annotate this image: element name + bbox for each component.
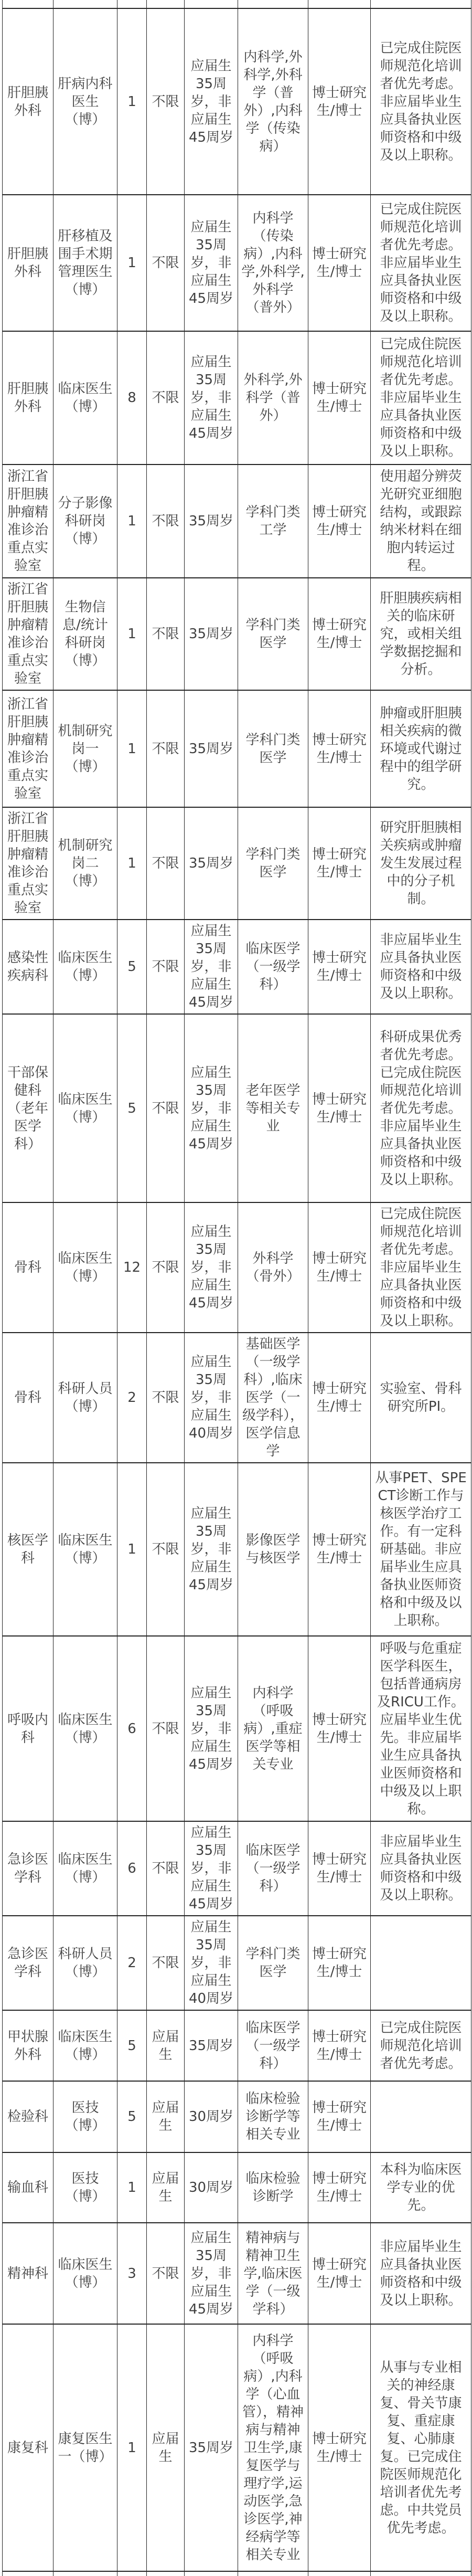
cell-other bbox=[371, 2081, 471, 2152]
cell-age_limit: 35周岁 bbox=[185, 578, 238, 690]
cell-position: 肝移植及围手术期管理医生（博） bbox=[53, 195, 117, 331]
cell-department: 骨科 bbox=[3, 1202, 53, 1333]
cell-degree: 博士研究生/博士 bbox=[308, 690, 371, 807]
cell-age_limit: 应届生35周岁，非应届生45周岁 bbox=[185, 1463, 238, 1636]
cell-position: 机制研究岗一（博） bbox=[53, 690, 117, 807]
cell-degree: 博士研究生/博士 bbox=[308, 1821, 371, 1916]
cell-candidate_type: 不限 bbox=[147, 578, 185, 690]
cell-age_limit: 30周岁 bbox=[185, 2081, 238, 2152]
cell-department: 浙江省肝胆胰肿瘤精准诊治重点实验室 bbox=[3, 578, 53, 690]
cell-other: 从事PET、SPECT诊断工作与核医学治疗工作。有一定科研基础。非应届毕业生应具… bbox=[371, 1463, 471, 1636]
cell-age_limit bbox=[185, 2571, 238, 2576]
cell-candidate_type: 不限 bbox=[147, 807, 185, 920]
cell-position: 临床医生（博） bbox=[53, 920, 117, 1014]
cell-other: 使用超分辨荧光研究亚细胞结构，或跟踪纳米材料在细胞内转运过程。 bbox=[371, 464, 471, 578]
cell-headcount: 1 bbox=[117, 464, 147, 578]
cell-degree: 博士研究生/博士 bbox=[308, 2010, 371, 2081]
cell-major: 学科门类医学 bbox=[238, 1916, 308, 2010]
cell-position: 科研人员（博） bbox=[53, 1916, 117, 2010]
cell-department: 甲状腺外科 bbox=[3, 2010, 53, 2081]
cell-degree: 博士研究生/博士 bbox=[308, 8, 371, 195]
cell-degree: 博士研究生/博士 bbox=[308, 807, 371, 920]
cell-position: 生物信息/统计科研岗（博） bbox=[53, 578, 117, 690]
cell-department: 急诊医学科 bbox=[3, 1916, 53, 2010]
cell-major: 外科学,外科学（普外） bbox=[238, 331, 308, 464]
cell-department bbox=[3, 0, 53, 8]
cell-major: 学科门类医学 bbox=[238, 690, 308, 807]
cell-other: 科研成果优秀者优先考虑。已完成住院医师规范化培训者优先考虑。非应届毕业生应具备执… bbox=[371, 1014, 471, 1202]
cell-other: 已完成住院医师规范化培训者优先考虑。非应届毕业生应具备执业医师资格和中级及以上职… bbox=[371, 331, 471, 464]
cell-age_limit: 应届生35周岁，非应届生45周岁 bbox=[185, 195, 238, 331]
cell-headcount: 1 bbox=[117, 807, 147, 920]
cell-major bbox=[238, 0, 308, 8]
table-row: 肝胆胰外科临床医生（博）8不限应届生35周岁，非应届生45周岁外科学,外科学（普… bbox=[3, 331, 471, 464]
cell-candidate_type: 不限 bbox=[147, 1202, 185, 1333]
table-row: 干部保健科（老年医学科）临床医生（博）5不限应届生35周岁，非应届生45周岁老年… bbox=[3, 1014, 471, 1202]
cell-age_limit: 应届生35周岁，非应届生40周岁 bbox=[185, 1333, 238, 1463]
cell-major: 精神病与精神卫生学,临床医学（一级学科） bbox=[238, 2223, 308, 2324]
cell-degree: 博士研究生/博士 bbox=[308, 1202, 371, 1333]
cell-age_limit: 应届生35周岁，非应届生40周岁 bbox=[185, 1916, 238, 2010]
table-row: 急诊医学科临床医生（博）6不限应届生35周岁，非应届生45周岁临床医学（一级学科… bbox=[3, 1821, 471, 1916]
cell-headcount: 5 bbox=[117, 2010, 147, 2081]
table-row: 感染性疾病科临床医生（博）5不限应届生35周岁，非应届生45周岁临床医学（一级学… bbox=[3, 920, 471, 1014]
cell-other: 非应届毕业生应具备执业医师资格和中级及以上职称。 bbox=[371, 920, 471, 1014]
cell-headcount: 5 bbox=[117, 2081, 147, 2152]
cell-department: 输血科 bbox=[3, 2152, 53, 2223]
cell-department: 康复科 bbox=[3, 2324, 53, 2571]
cell-candidate_type: 应届生 bbox=[147, 2152, 185, 2223]
cell-department: 检验科 bbox=[3, 2081, 53, 2152]
cell-major: 临床检验诊断学等相关专业 bbox=[238, 2081, 308, 2152]
cell-major: 外科学（骨外） bbox=[238, 1202, 308, 1333]
cell-candidate_type: 应届生 bbox=[147, 2324, 185, 2571]
cell-age_limit: 应届生35周岁，非应届生45周岁 bbox=[185, 8, 238, 195]
cell-headcount: 1 bbox=[117, 2152, 147, 2223]
cell-degree: 博士研究生/博士 bbox=[308, 1916, 371, 2010]
cell-position: 临床医生（博） bbox=[53, 1636, 117, 1821]
cell-major: 基础医学（一级学科）,临床医学（一级学科），医学信息学 bbox=[238, 1333, 308, 1463]
cell-headcount: 1 bbox=[117, 578, 147, 690]
cell-other: 研究肝胆胰相关疾病或肿瘤发生发展过程中的分子机制。 bbox=[371, 807, 471, 920]
cell-department: 骨科 bbox=[3, 1333, 53, 1463]
cell-headcount: 5 bbox=[117, 1014, 147, 1202]
cell-position: 临床医生（博） bbox=[53, 1463, 117, 1636]
cell-degree: 博士研究生/博士 bbox=[308, 195, 371, 331]
cell-department: 急诊医学科 bbox=[3, 1821, 53, 1916]
cell-department: 肝胆胰外科 bbox=[3, 195, 53, 331]
cell-major: 临床医学（一级学科） bbox=[238, 2010, 308, 2081]
table-row: 骨科科研人员（博）2不限应届生35周岁，非应届生40周岁基础医学（一级学科）,临… bbox=[3, 1333, 471, 1463]
cell-other: 肝胆胰疾病相关的临床研究，或相关组学数据挖掘和分析。 bbox=[371, 578, 471, 690]
cell-department: 肝胆胰外科 bbox=[3, 8, 53, 195]
cell-candidate_type: 不限 bbox=[147, 1014, 185, 1202]
cell-department: 浙江省肝胆胰肿瘤精准诊治重点实验室 bbox=[3, 690, 53, 807]
cell-position bbox=[53, 2571, 117, 2576]
table-row: 急诊医学科科研人员（博）2不限应届生35周岁，非应届生40周岁学科门类医学博士研… bbox=[3, 1916, 471, 2010]
cell-headcount: 2 bbox=[117, 1333, 147, 1463]
table-row: 肝胆胰外科肝移植及围手术期管理医生（博）1不限应届生35周岁，非应届生45周岁内… bbox=[3, 195, 471, 331]
table-row: 甲状腺外科临床医生（博）5应届生35周岁临床医学（一级学科）博士研究生/博士已完… bbox=[3, 2010, 471, 2081]
cell-position: 临床医生（博） bbox=[53, 1014, 117, 1202]
cell-degree: 博士研究生/博士 bbox=[308, 920, 371, 1014]
table-row-sliver bbox=[3, 2571, 471, 2576]
cell-degree bbox=[308, 2571, 371, 2576]
cell-major: 临床医学（一级学科） bbox=[238, 1821, 308, 1916]
cell-candidate_type: 不限 bbox=[147, 1333, 185, 1463]
cell-headcount bbox=[117, 0, 147, 8]
cell-headcount: 8 bbox=[117, 331, 147, 464]
cell-degree: 博士研究生/博士 bbox=[308, 2324, 371, 2571]
cell-other: 实验室、骨科研究所PI。 bbox=[371, 1333, 471, 1463]
cell-degree: 博士研究生/博士 bbox=[308, 2152, 371, 2223]
cell-major: 老年医学等相关专业 bbox=[238, 1014, 308, 1202]
cell-candidate_type: 应届生 bbox=[147, 2081, 185, 2152]
cell-major bbox=[238, 2571, 308, 2576]
cell-age_limit: 35周岁 bbox=[185, 2010, 238, 2081]
cell-other: 已完成住院医师规范化培训者优先考虑。非应届毕业生应具备执业医师资格和中级及以上职… bbox=[371, 195, 471, 331]
cell-other: 已完成住院医师规范化培训者优先考虑。非应届毕业生应具备执业医师资格和中级及以上职… bbox=[371, 8, 471, 195]
cell-major: 临床医学（一级学科） bbox=[238, 920, 308, 1014]
cell-position: 医技（博） bbox=[53, 2081, 117, 2152]
cell-other: 本科为临床医学专业的优先。 bbox=[371, 2152, 471, 2223]
cell-age_limit: 35周岁 bbox=[185, 807, 238, 920]
cell-degree: 博士研究生/博士 bbox=[308, 1333, 371, 1463]
cell-major: 内科学（传染病）,内科学,外科学,外科学（普外） bbox=[238, 195, 308, 331]
cell-major: 学科门类医学 bbox=[238, 578, 308, 690]
cell-age_limit: 应届生35周岁，非应届生45周岁 bbox=[185, 331, 238, 464]
cell-headcount: 1 bbox=[117, 8, 147, 195]
cell-department: 浙江省肝胆胰肿瘤精准诊治重点实验室 bbox=[3, 464, 53, 578]
cell-other: 肿瘤或肝胆胰相关疾病的微环境或代谢过程中的组学研究。 bbox=[371, 690, 471, 807]
cell-headcount: 2 bbox=[117, 1916, 147, 2010]
cell-other: 非应届毕业生应具备执业医师资格和中级及以上职称。 bbox=[371, 2223, 471, 2324]
cell-headcount: 6 bbox=[117, 1636, 147, 1821]
table-row-cut bbox=[3, 0, 471, 8]
cell-candidate_type: 不限 bbox=[147, 195, 185, 331]
cell-position: 机制研究岗二（博） bbox=[53, 807, 117, 920]
cell-candidate_type: 不限 bbox=[147, 1916, 185, 2010]
cell-other: 呼吸与危重症医学科医生，包括普通病房及RICU工作。应届毕业生优先。非应届毕业生… bbox=[371, 1636, 471, 1821]
cell-degree: 博士研究生/博士 bbox=[308, 2223, 371, 2324]
cell-candidate_type: 不限 bbox=[147, 690, 185, 807]
cell-degree bbox=[308, 0, 371, 8]
cell-degree: 博士研究生/博士 bbox=[308, 331, 371, 464]
cell-candidate_type: 不限 bbox=[147, 1821, 185, 1916]
cell-candidate_type: 不限 bbox=[147, 2223, 185, 2324]
cell-degree: 博士研究生/博士 bbox=[308, 1463, 371, 1636]
cell-position: 分子影像科研岗（博） bbox=[53, 464, 117, 578]
cell-position: 科研人员（博） bbox=[53, 1333, 117, 1463]
cell-major: 学科门类医学 bbox=[238, 807, 308, 920]
cell-department: 浙江省肝胆胰肿瘤精准诊治重点实验室 bbox=[3, 807, 53, 920]
cell-major: 影像医学与核医学 bbox=[238, 1463, 308, 1636]
cell-position: 肝病内科医生（博） bbox=[53, 8, 117, 195]
cell-candidate_type bbox=[147, 0, 185, 8]
table-row: 骨科临床医生（博）12不限应届生35周岁，非应届生45周岁外科学（骨外）博士研究… bbox=[3, 1202, 471, 1333]
cell-degree: 博士研究生/博士 bbox=[308, 464, 371, 578]
cell-degree: 博士研究生/博士 bbox=[308, 1014, 371, 1202]
cell-age_limit: 应届生35周岁，非应届生45周岁 bbox=[185, 1821, 238, 1916]
cell-degree: 博士研究生/博士 bbox=[308, 578, 371, 690]
cell-candidate_type: 不限 bbox=[147, 8, 185, 195]
cell-age_limit: 35周岁 bbox=[185, 2324, 238, 2571]
cell-age_limit: 应届生35周岁，非应届生45周岁 bbox=[185, 2223, 238, 2324]
cell-other: 非应届毕业生应具备执业医师资格和中级及以上职称。 bbox=[371, 1821, 471, 1916]
cell-degree: 博士研究生/博士 bbox=[308, 2081, 371, 2152]
table-row: 浙江省肝胆胰肿瘤精准诊治重点实验室机制研究岗一（博）1不限35周岁学科门类医学博… bbox=[3, 690, 471, 807]
cell-department: 感染性疾病科 bbox=[3, 920, 53, 1014]
cell-department: 呼吸内科 bbox=[3, 1636, 53, 1821]
recruitment-table: 肝胆胰外科肝病内科医生（博）1不限应届生35周岁，非应届生45周岁内科学,外科学… bbox=[2, 0, 471, 2576]
cell-age_limit: 35周岁 bbox=[185, 464, 238, 578]
table-row: 精神科临床医生（博）3不限应届生35周岁，非应届生45周岁精神病与精神卫生学,临… bbox=[3, 2223, 471, 2324]
cell-major: 内科学（呼吸病）,内科学（心血管），精神病与精神卫生学,康复医学与理疗学,运动医… bbox=[238, 2324, 308, 2571]
cell-major: 临床检验诊断学 bbox=[238, 2152, 308, 2223]
cell-headcount: 6 bbox=[117, 1821, 147, 1916]
cell-headcount: 1 bbox=[117, 195, 147, 331]
table-row: 浙江省肝胆胰肿瘤精准诊治重点实验室机制研究岗二（博）1不限35周岁学科门类医学博… bbox=[3, 807, 471, 920]
cell-position: 临床医生（博） bbox=[53, 1202, 117, 1333]
cell-position: 临床医生（博） bbox=[53, 2010, 117, 2081]
cell-headcount bbox=[117, 2571, 147, 2576]
table-row: 肝胆胰外科肝病内科医生（博）1不限应届生35周岁，非应届生45周岁内科学,外科学… bbox=[3, 8, 471, 195]
cell-candidate_type: 不限 bbox=[147, 464, 185, 578]
cell-candidate_type: 不限 bbox=[147, 1463, 185, 1636]
cell-major: 学科门类工学 bbox=[238, 464, 308, 578]
cell-position bbox=[53, 0, 117, 8]
cell-age_limit: 应届生35周岁，非应届生45周岁 bbox=[185, 1014, 238, 1202]
cell-headcount: 3 bbox=[117, 2223, 147, 2324]
cell-age_limit bbox=[185, 0, 238, 8]
cell-department: 干部保健科（老年医学科） bbox=[3, 1014, 53, 1202]
cell-department: 肝胆胰外科 bbox=[3, 331, 53, 464]
cell-headcount: 1 bbox=[117, 690, 147, 807]
cell-headcount: 1 bbox=[117, 2324, 147, 2571]
cell-age_limit: 35周岁 bbox=[185, 690, 238, 807]
cell-position: 临床医生（博） bbox=[53, 1821, 117, 1916]
table-row: 检验科医技（博）5应届生30周岁临床检验诊断学等相关专业博士研究生/博士 bbox=[3, 2081, 471, 2152]
cell-major: 内科学（呼吸病）,重症医学等相关专业 bbox=[238, 1636, 308, 1821]
cell-age_limit: 30周岁 bbox=[185, 2152, 238, 2223]
cell-age_limit: 应届生35周岁，非应届生45周岁 bbox=[185, 920, 238, 1014]
table-row: 康复科康复医生一（博）1应届生35周岁内科学（呼吸病）,内科学（心血管），精神病… bbox=[3, 2324, 471, 2571]
cell-headcount: 12 bbox=[117, 1202, 147, 1333]
cell-other bbox=[371, 0, 471, 8]
cell-position: 临床医生（博） bbox=[53, 2223, 117, 2324]
cell-position: 康复医生一（博） bbox=[53, 2324, 117, 2571]
cell-other: 从事与专业相关的神经康复、骨关节康复、重症康复、心肺康复。已完成住院医师规范化培… bbox=[371, 2324, 471, 2571]
cell-candidate_type: 应届生 bbox=[147, 2010, 185, 2081]
cell-headcount: 5 bbox=[117, 920, 147, 1014]
cell-department bbox=[3, 2571, 53, 2576]
cell-age_limit: 应届生35周岁，非应届生45周岁 bbox=[185, 1202, 238, 1333]
cell-candidate_type: 不限 bbox=[147, 920, 185, 1014]
cell-degree: 博士研究生/博士 bbox=[308, 1636, 371, 1821]
table-row: 呼吸内科临床医生（博）6不限应届生35周岁，非应届生45周岁内科学（呼吸病）,重… bbox=[3, 1636, 471, 1821]
table-row: 浙江省肝胆胰肿瘤精准诊治重点实验室生物信息/统计科研岗（博）1不限35周岁学科门… bbox=[3, 578, 471, 690]
cell-other: 已完成住院医师规范化培训者优先考虑。非应届毕业生应具备执业医师资格和中级及以上职… bbox=[371, 1202, 471, 1333]
cell-candidate_type: 不限 bbox=[147, 1636, 185, 1821]
cell-other: 已完成住院医师规范化培训者优先考虑。 bbox=[371, 2010, 471, 2081]
cell-age_limit: 应届生35周岁，非应届生45周岁 bbox=[185, 1636, 238, 1821]
table-row: 浙江省肝胆胰肿瘤精准诊治重点实验室分子影像科研岗（博）1不限35周岁学科门类工学… bbox=[3, 464, 471, 578]
page: 肝胆胰外科肝病内科医生（博）1不限应届生35周岁，非应届生45周岁内科学,外科学… bbox=[0, 0, 472, 2576]
cell-headcount: 1 bbox=[117, 1463, 147, 1636]
cell-position: 临床医生（博） bbox=[53, 331, 117, 464]
cell-position: 医技（博） bbox=[53, 2152, 117, 2223]
cell-candidate_type: 不限 bbox=[147, 331, 185, 464]
cell-candidate_type bbox=[147, 2571, 185, 2576]
cell-major: 内科学,外科学,外科学（普外）,内科学（传染病） bbox=[238, 8, 308, 195]
table-row: 输血科医技（博）1应届生30周岁临床检验诊断学博士研究生/博士本科为临床医学专业… bbox=[3, 2152, 471, 2223]
cell-other bbox=[371, 1916, 471, 2010]
cell-department: 核医学科 bbox=[3, 1463, 53, 1636]
cell-department: 精神科 bbox=[3, 2223, 53, 2324]
cell-other bbox=[371, 2571, 471, 2576]
table-row: 核医学科临床医生（博）1不限应届生35周岁，非应届生45周岁影像医学与核医学博士… bbox=[3, 1463, 471, 1636]
